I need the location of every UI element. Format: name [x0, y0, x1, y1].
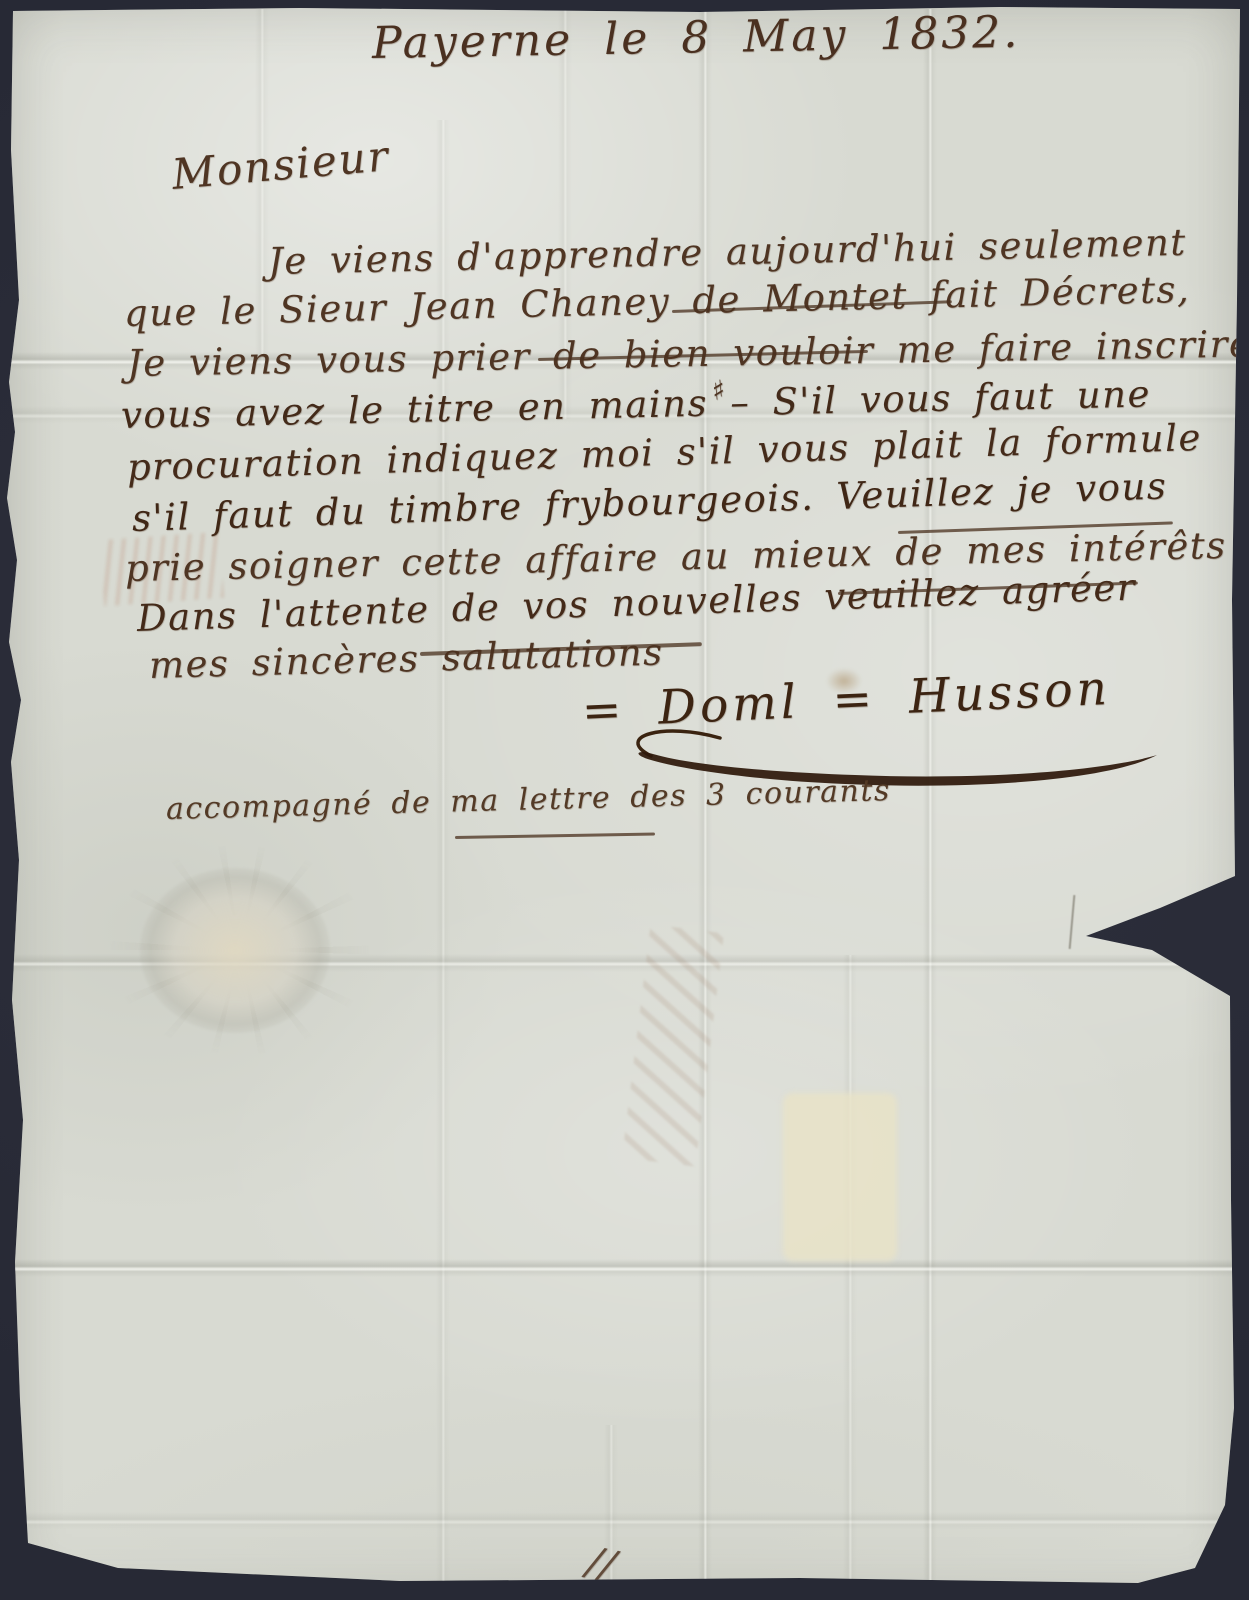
body-line: mes sincères salutations — [148, 631, 664, 687]
letter-text: Payerne le 8 May 1832. Monsieur Je viens… — [0, 0, 1249, 1600]
pen-stroke-lettre-underline — [455, 833, 655, 839]
salutation: Monsieur — [170, 131, 392, 199]
sharp-annotation-mark: ♯ — [711, 375, 727, 407]
postscript-note: accompagné de ma lettre des 3 courants — [166, 773, 892, 827]
letter-sheet: Payerne le 8 May 1832. Monsieur Je viens… — [0, 0, 1249, 1600]
place-date-line: Payerne le 8 May 1832. — [372, 7, 1021, 69]
bottom-pen-tick: ∕∕ — [583, 1539, 619, 1590]
photo-background: Payerne le 8 May 1832. Monsieur Je viens… — [0, 0, 1249, 1600]
